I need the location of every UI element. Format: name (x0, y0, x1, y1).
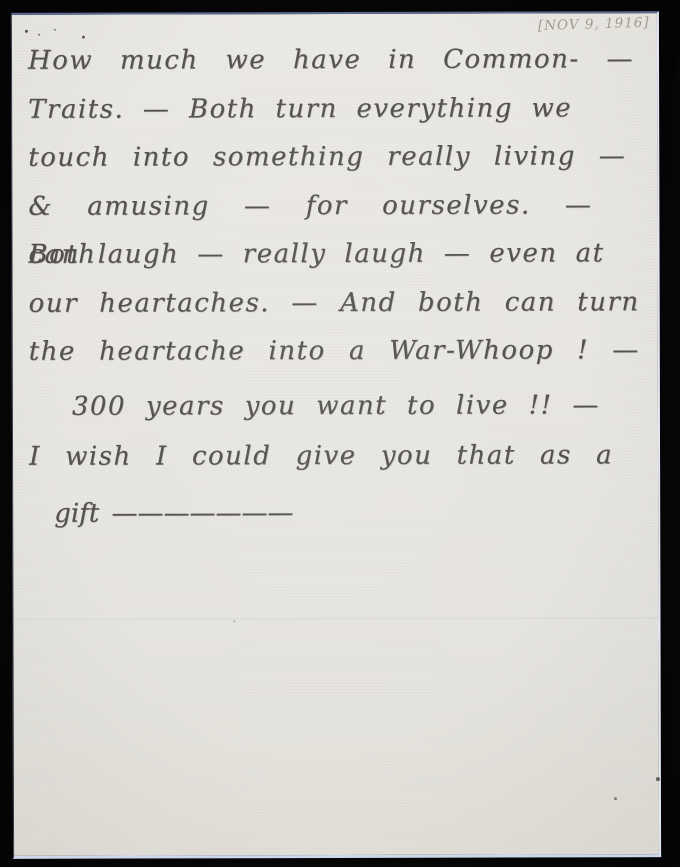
handwritten-line: How much we have in Common- — (28, 35, 634, 85)
handwritten-line: 300 years you want to live !! — (72, 381, 600, 431)
ink-speck (25, 30, 28, 33)
handwritten-line: our heartaches. — And both can turn (29, 278, 640, 328)
handwritten-line: touch into something really living — (28, 132, 626, 182)
ink-speck (38, 34, 40, 36)
photo-background: [NOV 9, 1916] How much we have in Common… (0, 0, 680, 867)
letter-page: [NOV 9, 1916] How much we have in Common… (11, 11, 661, 859)
fold-crease (13, 617, 658, 622)
date-annotation: [NOV 9, 1916] (538, 15, 650, 34)
handwritten-line: I wish I could give you that as a (29, 431, 613, 481)
handwritten-line: can laugh — really laugh — even at (28, 229, 604, 279)
handwritten-line: gift ——————— (54, 488, 652, 538)
ink-speck (54, 29, 56, 31)
ink-speck (233, 620, 235, 622)
letter-body: How much we have in Common- — Traits. — … (28, 35, 652, 538)
ink-speck (614, 797, 617, 800)
handwritten-line: Traits. — Both turn everything we (28, 84, 572, 134)
ink-speck (656, 777, 660, 781)
handwritten-line: & amusing — for ourselves. — Both (28, 181, 592, 231)
handwritten-line: the heartache into a War-Whoop ! — (29, 326, 640, 376)
